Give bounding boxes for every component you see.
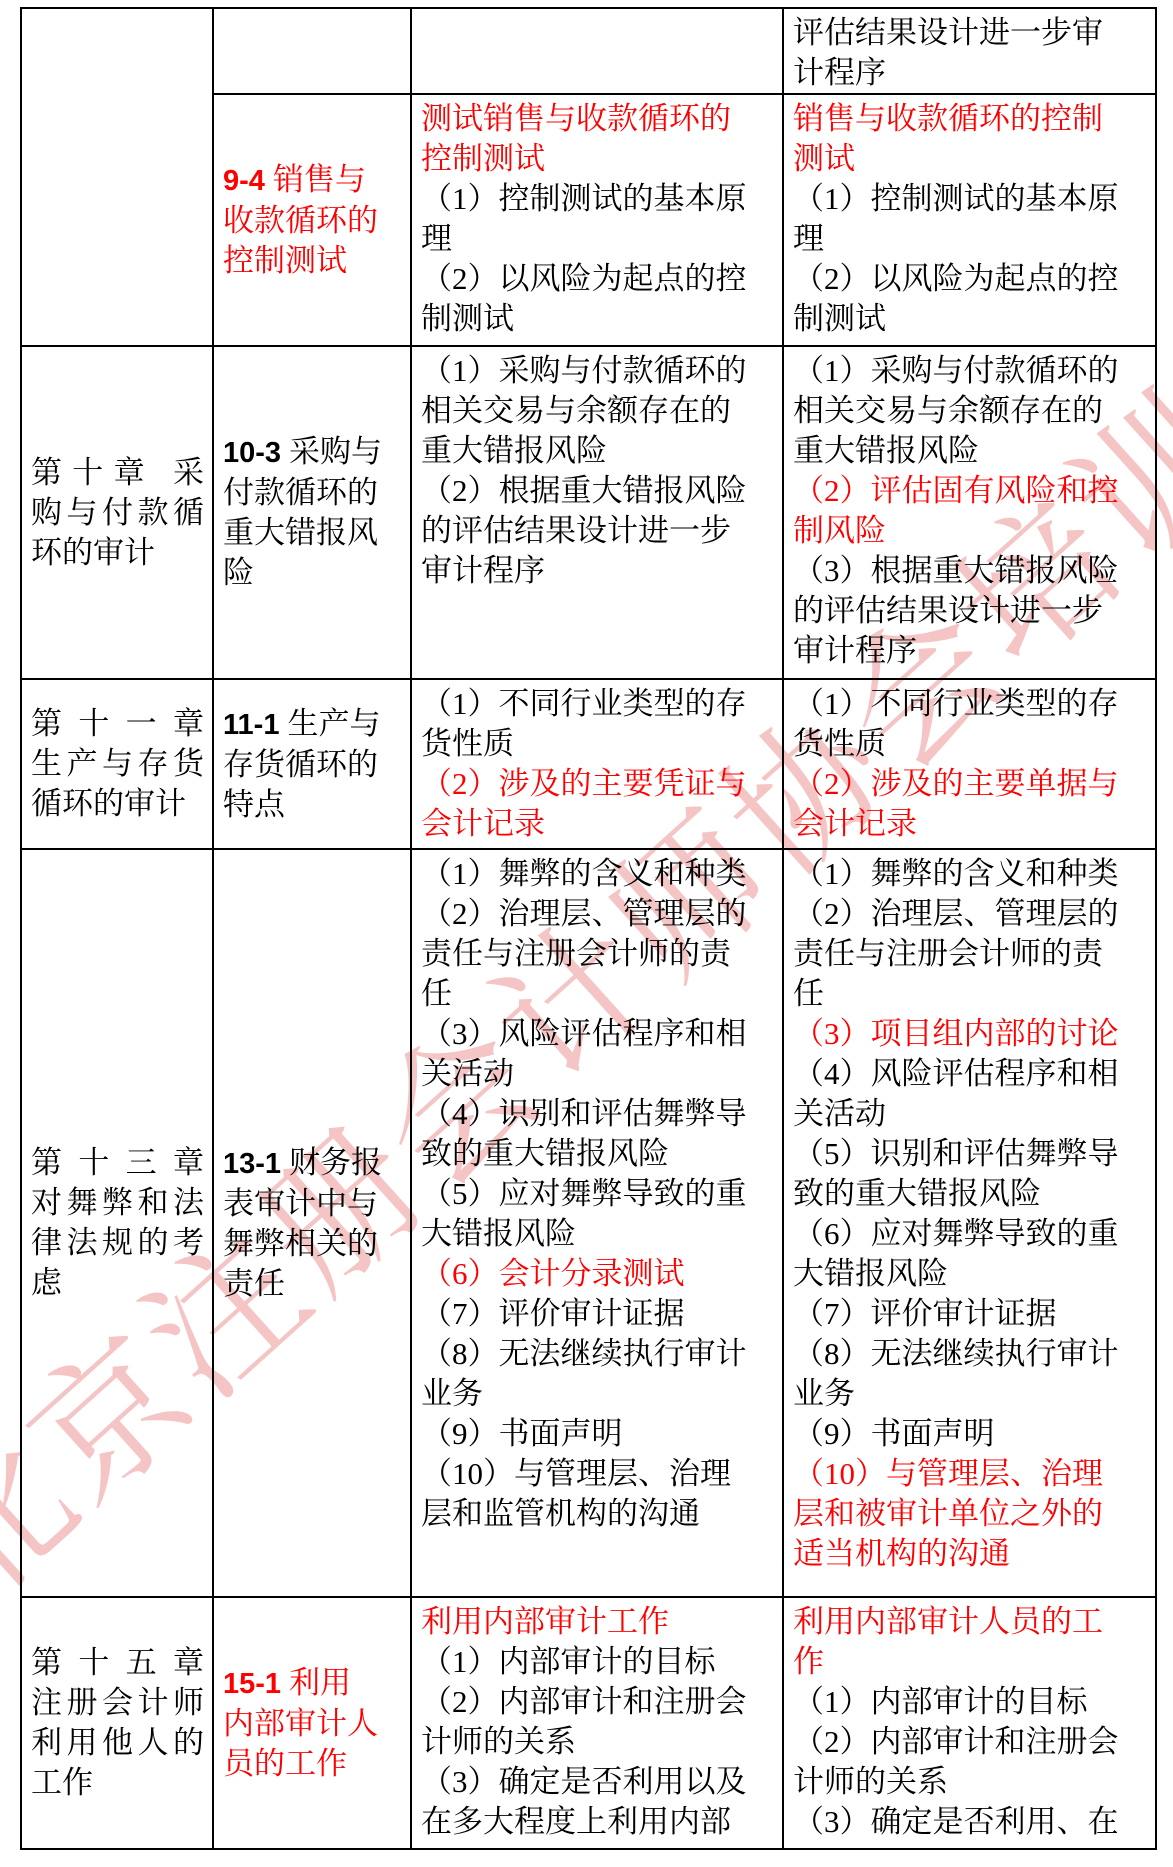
content-paragraph: （9）书面声明	[793, 1414, 1133, 1454]
section-number: 10-3	[223, 437, 281, 469]
content-paragraph: （3）确定是否利用、在	[793, 1802, 1133, 1842]
section-cell-empty	[213, 8, 411, 94]
content-paragraph: （1）采购与付款循环的相关交易与余额存在的重大错报风险	[421, 351, 760, 471]
content-paragraph: （2）治理层、管理层的责任与注册会计师的责任	[421, 894, 760, 1014]
text-line: 险	[223, 553, 402, 593]
content-paragraph: （1）不同行业类型的存货性质	[793, 684, 1133, 764]
text-line: 第十一章	[31, 704, 204, 744]
text-line: 注册会计师	[31, 1683, 204, 1723]
new-syllabus-cell: 利用内部审计人员的工作（1）内部审计的目标（2）内部审计和注册会计师的关系（3）…	[783, 1597, 1156, 1849]
section-first-line: 15-1利用	[223, 1663, 402, 1704]
content-paragraph: （3）确定是否利用以及在多大程度上利用内部	[421, 1762, 760, 1842]
section-lines: 内部审计人员的工作	[223, 1704, 402, 1784]
old-syllabus-cell: 测试销售与收款循环的控制测试（1）控制测试的基本原理（2）以风险为起点的控制测试	[411, 94, 783, 346]
section-number: 9-4	[223, 165, 265, 197]
new-syllabus-cell: 评估结果设计进一步审计程序	[783, 8, 1156, 94]
table-row-15-1: 第十五章注册会计师利用他人的工作 15-1利用 内部审计人员的工作 利用内部审计…	[21, 1597, 1156, 1849]
section-lines: 表审计中与舞弊相关的责任	[223, 1184, 402, 1304]
chapter-cell-15: 第十五章注册会计师利用他人的工作	[21, 1597, 213, 1849]
text-line: 对舞弊和法	[31, 1183, 204, 1223]
chapter-title: 第十五章注册会计师利用他人的工作	[31, 1643, 204, 1803]
text-line: 特点	[223, 785, 402, 825]
content-paragraph: （1）不同行业类型的存货性质	[421, 684, 760, 764]
text-line: 环的审计	[31, 533, 204, 573]
text-line: 第十五章	[31, 1643, 204, 1683]
chapter-title: 第十三章对舞弊和法律法规的考虑	[31, 1143, 204, 1303]
text-line: 循环的审计	[31, 784, 204, 824]
section-first-line: 9-4销售与	[223, 160, 402, 201]
page: { "watermark": {"text": "北京注册会计师协会培训网", …	[0, 0, 1173, 1867]
section-first-line: 10-3采购与	[223, 432, 402, 473]
text-line: 工作	[31, 1763, 204, 1803]
content-paragraph: （3）根据重大错报风险的评估结果设计进一步审计程序	[793, 551, 1133, 671]
content-paragraph: （5）识别和评估舞弊导致的重大错报风险	[793, 1134, 1133, 1214]
content-paragraph: （7）评价审计证据	[793, 1294, 1133, 1334]
text-line: 收款循环的	[223, 201, 402, 241]
text-line: 生产与存货	[31, 744, 204, 784]
table-row-10-3: 第十章 采购与付款循环的审计 10-3采购与 付款循环的重大错报风险 （1）采购…	[21, 346, 1156, 679]
text-line: 付款循环的	[223, 473, 402, 513]
syllabus-comparison-table: 评估结果设计进一步审计程序 9-4销售与 收款循环的控制测试 测试销售与收款循环…	[20, 7, 1157, 1850]
section-number: 11-1	[223, 709, 279, 741]
chapter-cell-empty	[21, 8, 213, 346]
section-cell-10-3: 10-3采购与 付款循环的重大错报风险	[213, 346, 411, 679]
section-title: 10-3采购与 付款循环的重大错报风险	[223, 432, 402, 593]
content-paragraph: （1）控制测试的基本原理	[793, 179, 1133, 259]
text-line: 控制测试	[223, 241, 402, 281]
section-first-line: 11-1生产与	[223, 704, 402, 745]
revised-content-paragraph: （2）涉及的主要凭证与会计记录	[421, 764, 760, 844]
section-first-text: 采购与	[289, 434, 382, 469]
new-syllabus-cell: （1）舞弊的含义和种类（2）治理层、管理层的责任与注册会计师的责任（3）项目组内…	[783, 849, 1156, 1597]
content-paragraph: （2）以风险为起点的控制测试	[421, 259, 760, 339]
section-number: 15-1	[223, 1668, 281, 1700]
content-paragraph: （1）控制测试的基本原理	[421, 179, 760, 259]
old-syllabus-cell: （1）舞弊的含义和种类（2）治理层、管理层的责任与注册会计师的责任（3）风险评估…	[411, 849, 783, 1597]
content-paragraph: （1）内部审计的目标	[421, 1642, 760, 1682]
content-paragraph: （10）与管理层、治理层和监管机构的沟通	[421, 1454, 760, 1534]
table-row-13-1: 第十三章对舞弊和法律法规的考虑 13-1财务报 表审计中与舞弊相关的责任 （1）…	[21, 849, 1156, 1597]
text-line: 利用他人的	[31, 1723, 204, 1763]
section-cell-9-4: 9-4销售与 收款循环的控制测试	[213, 94, 411, 346]
new-syllabus-cell: 销售与收款循环的控制测试（1）控制测试的基本原理（2）以风险为起点的控制测试	[783, 94, 1156, 346]
section-lines: 收款循环的控制测试	[223, 201, 402, 281]
content-paragraph: （5）应对舞弊导致的重大错报风险	[421, 1174, 760, 1254]
revised-content-paragraph: （6）会计分录测试	[421, 1254, 760, 1294]
content-paragraph: （6）应对舞弊导致的重大错报风险	[793, 1214, 1133, 1294]
section-title: 9-4销售与 收款循环的控制测试	[223, 160, 402, 281]
chapter-cell-10: 第十章 采购与付款循环的审计	[21, 346, 213, 679]
content-paragraph: （1）舞弊的含义和种类	[421, 854, 760, 894]
text-line: 员的工作	[223, 1744, 402, 1784]
content-paragraph: （2）治理层、管理层的责任与注册会计师的责任	[793, 894, 1133, 1014]
chapter-title: 第十一章生产与存货循环的审计	[31, 704, 204, 824]
chapter-title: 第十章 采购与付款循环的审计	[31, 453, 204, 573]
revised-content-paragraph: （10）与管理层、治理层和被审计单位之外的适当机构的沟通	[793, 1454, 1133, 1574]
text-line: 购与付款循	[31, 493, 204, 533]
revised-content-paragraph: 利用内部审计工作	[421, 1602, 760, 1642]
section-lines: 存货循环的特点	[223, 745, 402, 825]
content-paragraph: （8）无法继续执行审计业务	[793, 1334, 1133, 1414]
text-line: 舞弊相关的	[223, 1224, 402, 1264]
revised-content-paragraph: 销售与收款循环的控制测试	[793, 99, 1133, 179]
content-paragraph: （1）舞弊的含义和种类	[793, 854, 1133, 894]
section-first-text: 利用	[289, 1665, 351, 1700]
content-paragraph: （1）内部审计的目标	[793, 1682, 1133, 1722]
revised-content-paragraph: （2）评估固有风险和控制风险	[793, 471, 1133, 551]
content-paragraph: （9）书面声明	[421, 1414, 760, 1454]
content-paragraph: 评估结果设计进一步审计程序	[793, 13, 1133, 93]
section-cell-15-1: 15-1利用 内部审计人员的工作	[213, 1597, 411, 1849]
content-paragraph: （4）风险评估程序和相关活动	[793, 1054, 1133, 1134]
text-line: 虑	[31, 1263, 204, 1303]
old-syllabus-cell	[411, 8, 783, 94]
old-syllabus-cell: （1）不同行业类型的存货性质（2）涉及的主要凭证与会计记录	[411, 679, 783, 849]
content-paragraph: （3）风险评估程序和相关活动	[421, 1014, 760, 1094]
revised-content-paragraph: （3）项目组内部的讨论	[793, 1014, 1133, 1054]
content-paragraph: （1）采购与付款循环的相关交易与余额存在的重大错报风险	[793, 351, 1133, 471]
section-lines: 付款循环的重大错报风险	[223, 473, 402, 593]
content-paragraph: （2）根据重大错报风险的评估结果设计进一步审计程序	[421, 471, 760, 591]
text-line: 第十章 采	[31, 453, 204, 493]
old-syllabus-cell: 利用内部审计工作（1）内部审计的目标（2）内部审计和注册会计师的关系（3）确定是…	[411, 1597, 783, 1849]
content-paragraph: （7）评价审计证据	[421, 1294, 760, 1334]
section-cell-11-1: 11-1生产与 存货循环的特点	[213, 679, 411, 849]
text-line: 表审计中与	[223, 1184, 402, 1224]
old-syllabus-cell: （1）采购与付款循环的相关交易与余额存在的重大错报风险（2）根据重大错报风险的评…	[411, 346, 783, 679]
section-title: 13-1财务报 表审计中与舞弊相关的责任	[223, 1143, 402, 1304]
chapter-cell-13: 第十三章对舞弊和法律法规的考虑	[21, 849, 213, 1597]
section-first-text: 生产与	[287, 706, 380, 741]
section-first-text: 销售与	[273, 162, 366, 197]
chapter-cell-11: 第十一章生产与存货循环的审计	[21, 679, 213, 849]
revised-content-paragraph: （2）涉及的主要单据与会计记录	[793, 764, 1133, 844]
text-line: 律法规的考	[31, 1223, 204, 1263]
section-first-text: 财务报	[289, 1145, 382, 1180]
content-paragraph: （4）识别和评估舞弊导致的重大错报风险	[421, 1094, 760, 1174]
section-cell-13-1: 13-1财务报 表审计中与舞弊相关的责任	[213, 849, 411, 1597]
content-paragraph: （2）内部审计和注册会计师的关系	[793, 1722, 1133, 1802]
revised-content-paragraph: 利用内部审计人员的工作	[793, 1602, 1133, 1682]
text-line: 重大错报风	[223, 513, 402, 553]
text-line: 存货循环的	[223, 745, 402, 785]
section-number: 13-1	[223, 1148, 281, 1180]
text-line: 第十三章	[31, 1143, 204, 1183]
table-row-carryover: 评估结果设计进一步审计程序	[21, 8, 1156, 94]
revised-content-paragraph: 测试销售与收款循环的控制测试	[421, 99, 760, 179]
content-paragraph: （2）以风险为起点的控制测试	[793, 259, 1133, 339]
syllabus-comparison-table-wrap: 评估结果设计进一步审计程序 9-4销售与 收款循环的控制测试 测试销售与收款循环…	[20, 7, 1157, 1850]
section-title: 15-1利用 内部审计人员的工作	[223, 1663, 402, 1784]
section-first-line: 13-1财务报	[223, 1143, 402, 1184]
table-row-11-1: 第十一章生产与存货循环的审计 11-1生产与 存货循环的特点 （1）不同行业类型…	[21, 679, 1156, 849]
new-syllabus-cell: （1）不同行业类型的存货性质（2）涉及的主要单据与会计记录	[783, 679, 1156, 849]
section-title: 11-1生产与 存货循环的特点	[223, 704, 402, 825]
text-line: 责任	[223, 1264, 402, 1304]
content-paragraph: （8）无法继续执行审计业务	[421, 1334, 760, 1414]
content-paragraph: （2）内部审计和注册会计师的关系	[421, 1682, 760, 1762]
new-syllabus-cell: （1）采购与付款循环的相关交易与余额存在的重大错报风险（2）评估固有风险和控制风…	[783, 346, 1156, 679]
text-line: 内部审计人	[223, 1704, 402, 1744]
